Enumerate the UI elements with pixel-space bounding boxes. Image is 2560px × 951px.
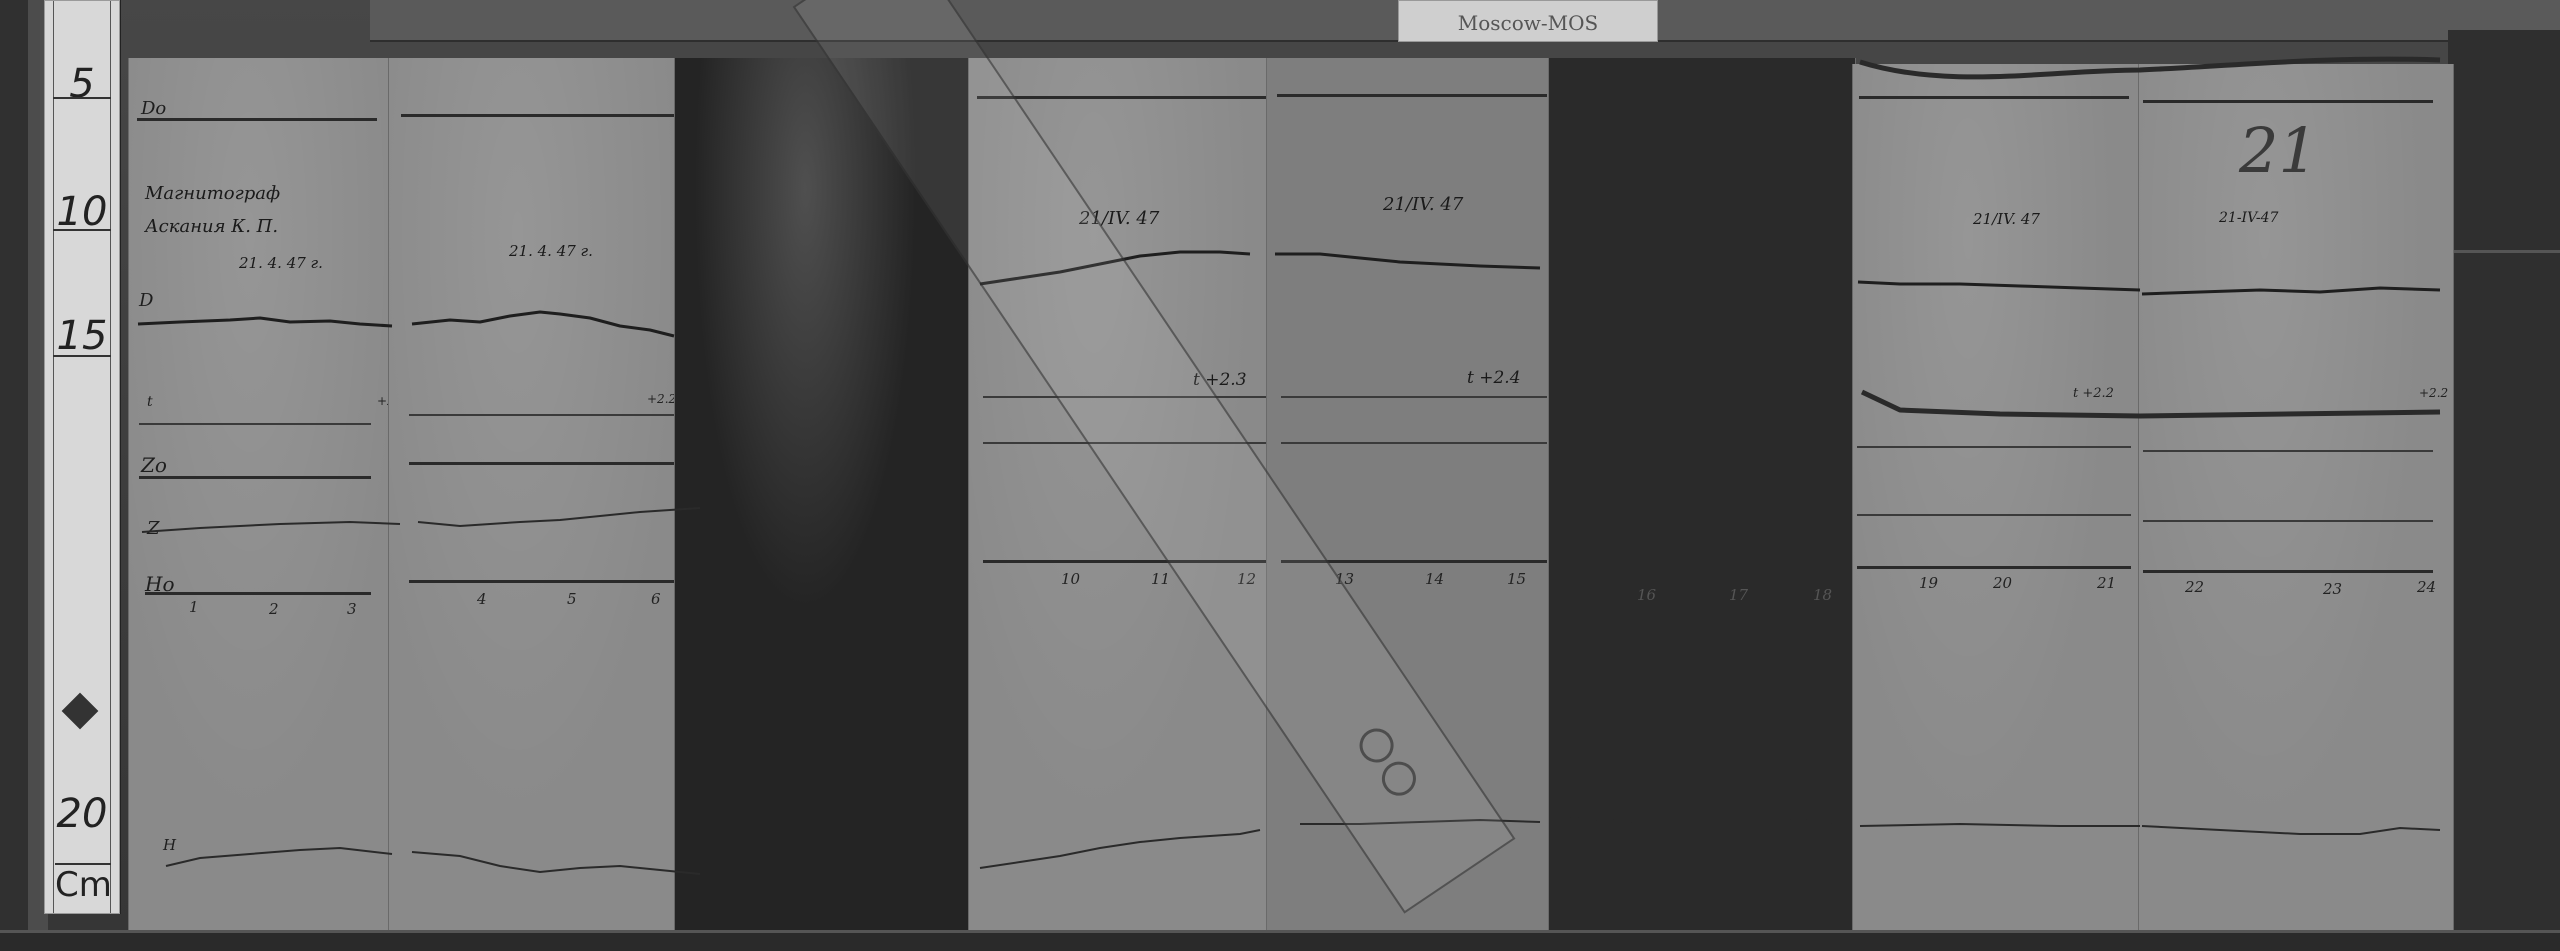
baseline-ho — [1857, 566, 2131, 569]
scale-mark-5: 5 — [55, 61, 109, 107]
baseline-t — [1281, 396, 1547, 398]
strip-date: 21/IV. 47 — [1973, 210, 2040, 228]
hour-mark: 6 — [651, 590, 661, 608]
hour-mark: 11 — [1151, 570, 1170, 588]
baseline-zo — [409, 462, 699, 465]
strip-date: 21-IV-47 — [2219, 210, 2278, 226]
baseline-do — [401, 114, 689, 117]
baseline-t — [139, 423, 371, 425]
trace-label-d: D — [139, 290, 153, 311]
station-label-card: Moscow-MOS — [1398, 0, 1658, 42]
right-board-panel — [2448, 30, 2560, 930]
strip-date: 21/IV. 47 — [1383, 194, 1463, 215]
hour-mark: 4 — [477, 590, 487, 608]
trace-label-z: Z — [147, 518, 160, 539]
hour-mark: 17 — [1729, 586, 1748, 604]
temperature-annotation: +2.2 — [647, 392, 676, 406]
hour-mark: 3 — [347, 600, 357, 618]
baseline-ho — [145, 592, 371, 595]
trace-label-t: t — [147, 394, 153, 410]
baseline-t — [409, 414, 699, 416]
baseline-t — [1857, 446, 2131, 448]
baseline-zo — [139, 476, 371, 479]
centimeter-scale: 5 10 15 20 Cm — [44, 0, 120, 914]
hour-mark: 19 — [1919, 574, 1938, 592]
hour-mark: 22 — [2185, 578, 2204, 596]
trace-label-zo: Zo — [141, 453, 167, 477]
panel-seam — [2448, 250, 2560, 253]
strip-header-line-2: Аскания К. П. — [145, 216, 278, 237]
magnetogram-strip-8: 21 21-IV-47 +2.2 22 23 24 — [2138, 64, 2454, 936]
baseline-ho — [2143, 570, 2433, 573]
hour-mark: 23 — [2323, 580, 2342, 598]
trace-label-do: Do — [141, 98, 166, 119]
hour-mark: 16 — [1637, 586, 1656, 604]
strip-header-line-1: Магнитограф — [145, 183, 280, 204]
strip-date: 21. 4. 47 г. — [509, 242, 593, 260]
scale-unit: Cm — [55, 863, 111, 905]
scale-inner-border — [53, 1, 111, 913]
hour-mark: 21 — [2097, 574, 2116, 592]
hour-mark: 14 — [1425, 570, 1444, 588]
baseline-do — [1277, 94, 1547, 97]
temperature-annotation: t +2.2 — [2073, 386, 2114, 401]
hour-mark: 18 — [1813, 586, 1832, 604]
baseline-zo — [1857, 514, 2131, 516]
trace-label-h: H — [163, 836, 176, 854]
temperature-annotation: t +2.4 — [1467, 368, 1521, 388]
hour-mark: 24 — [2417, 578, 2436, 596]
magnetogram-strip-6-dark: 16 17 18 — [1548, 58, 1856, 930]
scale-tick — [53, 229, 111, 231]
board-rail-bottom — [0, 930, 2560, 951]
hour-mark: 2 — [269, 600, 279, 618]
hour-mark: 5 — [567, 590, 577, 608]
scale-tick — [53, 355, 111, 357]
ruler-hole-icon — [1375, 755, 1422, 802]
hour-mark: 1 — [189, 598, 199, 616]
baseline-t — [2143, 450, 2433, 452]
station-label: Moscow-MOS — [1399, 11, 1657, 35]
hour-mark: 10 — [1061, 570, 1080, 588]
baseline-zo — [2143, 520, 2433, 522]
magnetogram-strip-1: Do Магнитограф Аскания К. П. 21. 4. 47 г… — [128, 58, 432, 930]
magnetogram-strip-2: 21. 4. 47 г. +2.2 4 5 6 — [388, 58, 712, 930]
baseline-ho — [409, 580, 699, 583]
strip-big-number: 21 — [2239, 114, 2318, 187]
hour-mark: 20 — [1993, 574, 2012, 592]
baseline-do — [2143, 100, 2433, 103]
magnetogram-strip-7: 21/IV. 47 t +2.2 19 20 21 — [1852, 64, 2142, 936]
baseline-zo — [1281, 442, 1547, 444]
hour-mark: 15 — [1507, 570, 1526, 588]
baseline-do — [977, 96, 1267, 99]
scale-mark-15: 15 — [55, 313, 109, 359]
strip-date: 21. 4. 47 г. — [239, 254, 323, 272]
scale-tick — [53, 97, 111, 99]
temperature-annotation: +2.2 — [2419, 386, 2448, 400]
scale-mark-20: 20 — [55, 791, 109, 837]
baseline-do — [1859, 96, 2129, 99]
baseline-do — [137, 118, 377, 121]
